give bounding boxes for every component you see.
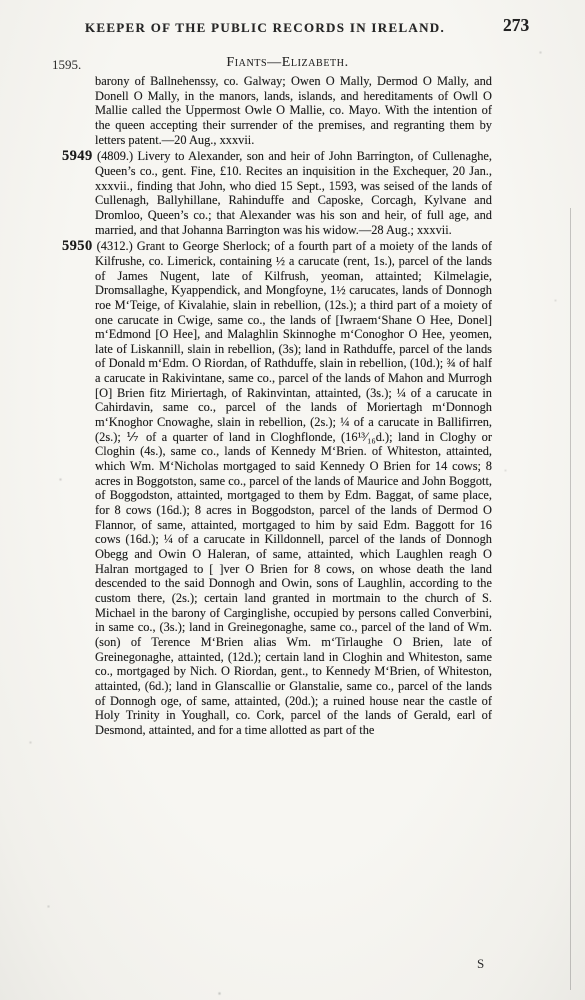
entry-number: 5950 bbox=[62, 238, 93, 254]
entry-paragraph: 5949 (4809.) Livery to Alexander, son an… bbox=[95, 149, 492, 237]
page-number: 273 bbox=[503, 15, 529, 36]
entry-text: (4312.) Grant to George Sherlock; of a f… bbox=[95, 239, 492, 737]
running-header: KEEPER OF THE PUBLIC RECORDS IN IRELAND. bbox=[40, 20, 490, 36]
section-title: Fiants—Elizabeth. bbox=[0, 55, 575, 71]
entry-text: (4809.) Livery to Alexander, son and hei… bbox=[95, 149, 492, 236]
scan-noise-specks bbox=[0, 0, 1, 1]
entry-paragraph-continuation: barony of Ballnehenssy, co. Galway; Owen… bbox=[95, 74, 492, 147]
printers-signature-mark: S bbox=[477, 956, 484, 972]
entry-number: 5949 bbox=[62, 148, 93, 164]
scan-edge-artifact bbox=[570, 208, 571, 990]
entry-paragraph: 5950 (4312.) Grant to George Sherlock; o… bbox=[95, 239, 492, 737]
document-page: KEEPER OF THE PUBLIC RECORDS IN IRELAND.… bbox=[0, 0, 585, 1000]
entry-text: barony of Ballnehenssy, co. Galway; Owen… bbox=[95, 74, 492, 147]
body-text-column: barony of Ballnehenssy, co. Galway; Owen… bbox=[95, 74, 492, 738]
